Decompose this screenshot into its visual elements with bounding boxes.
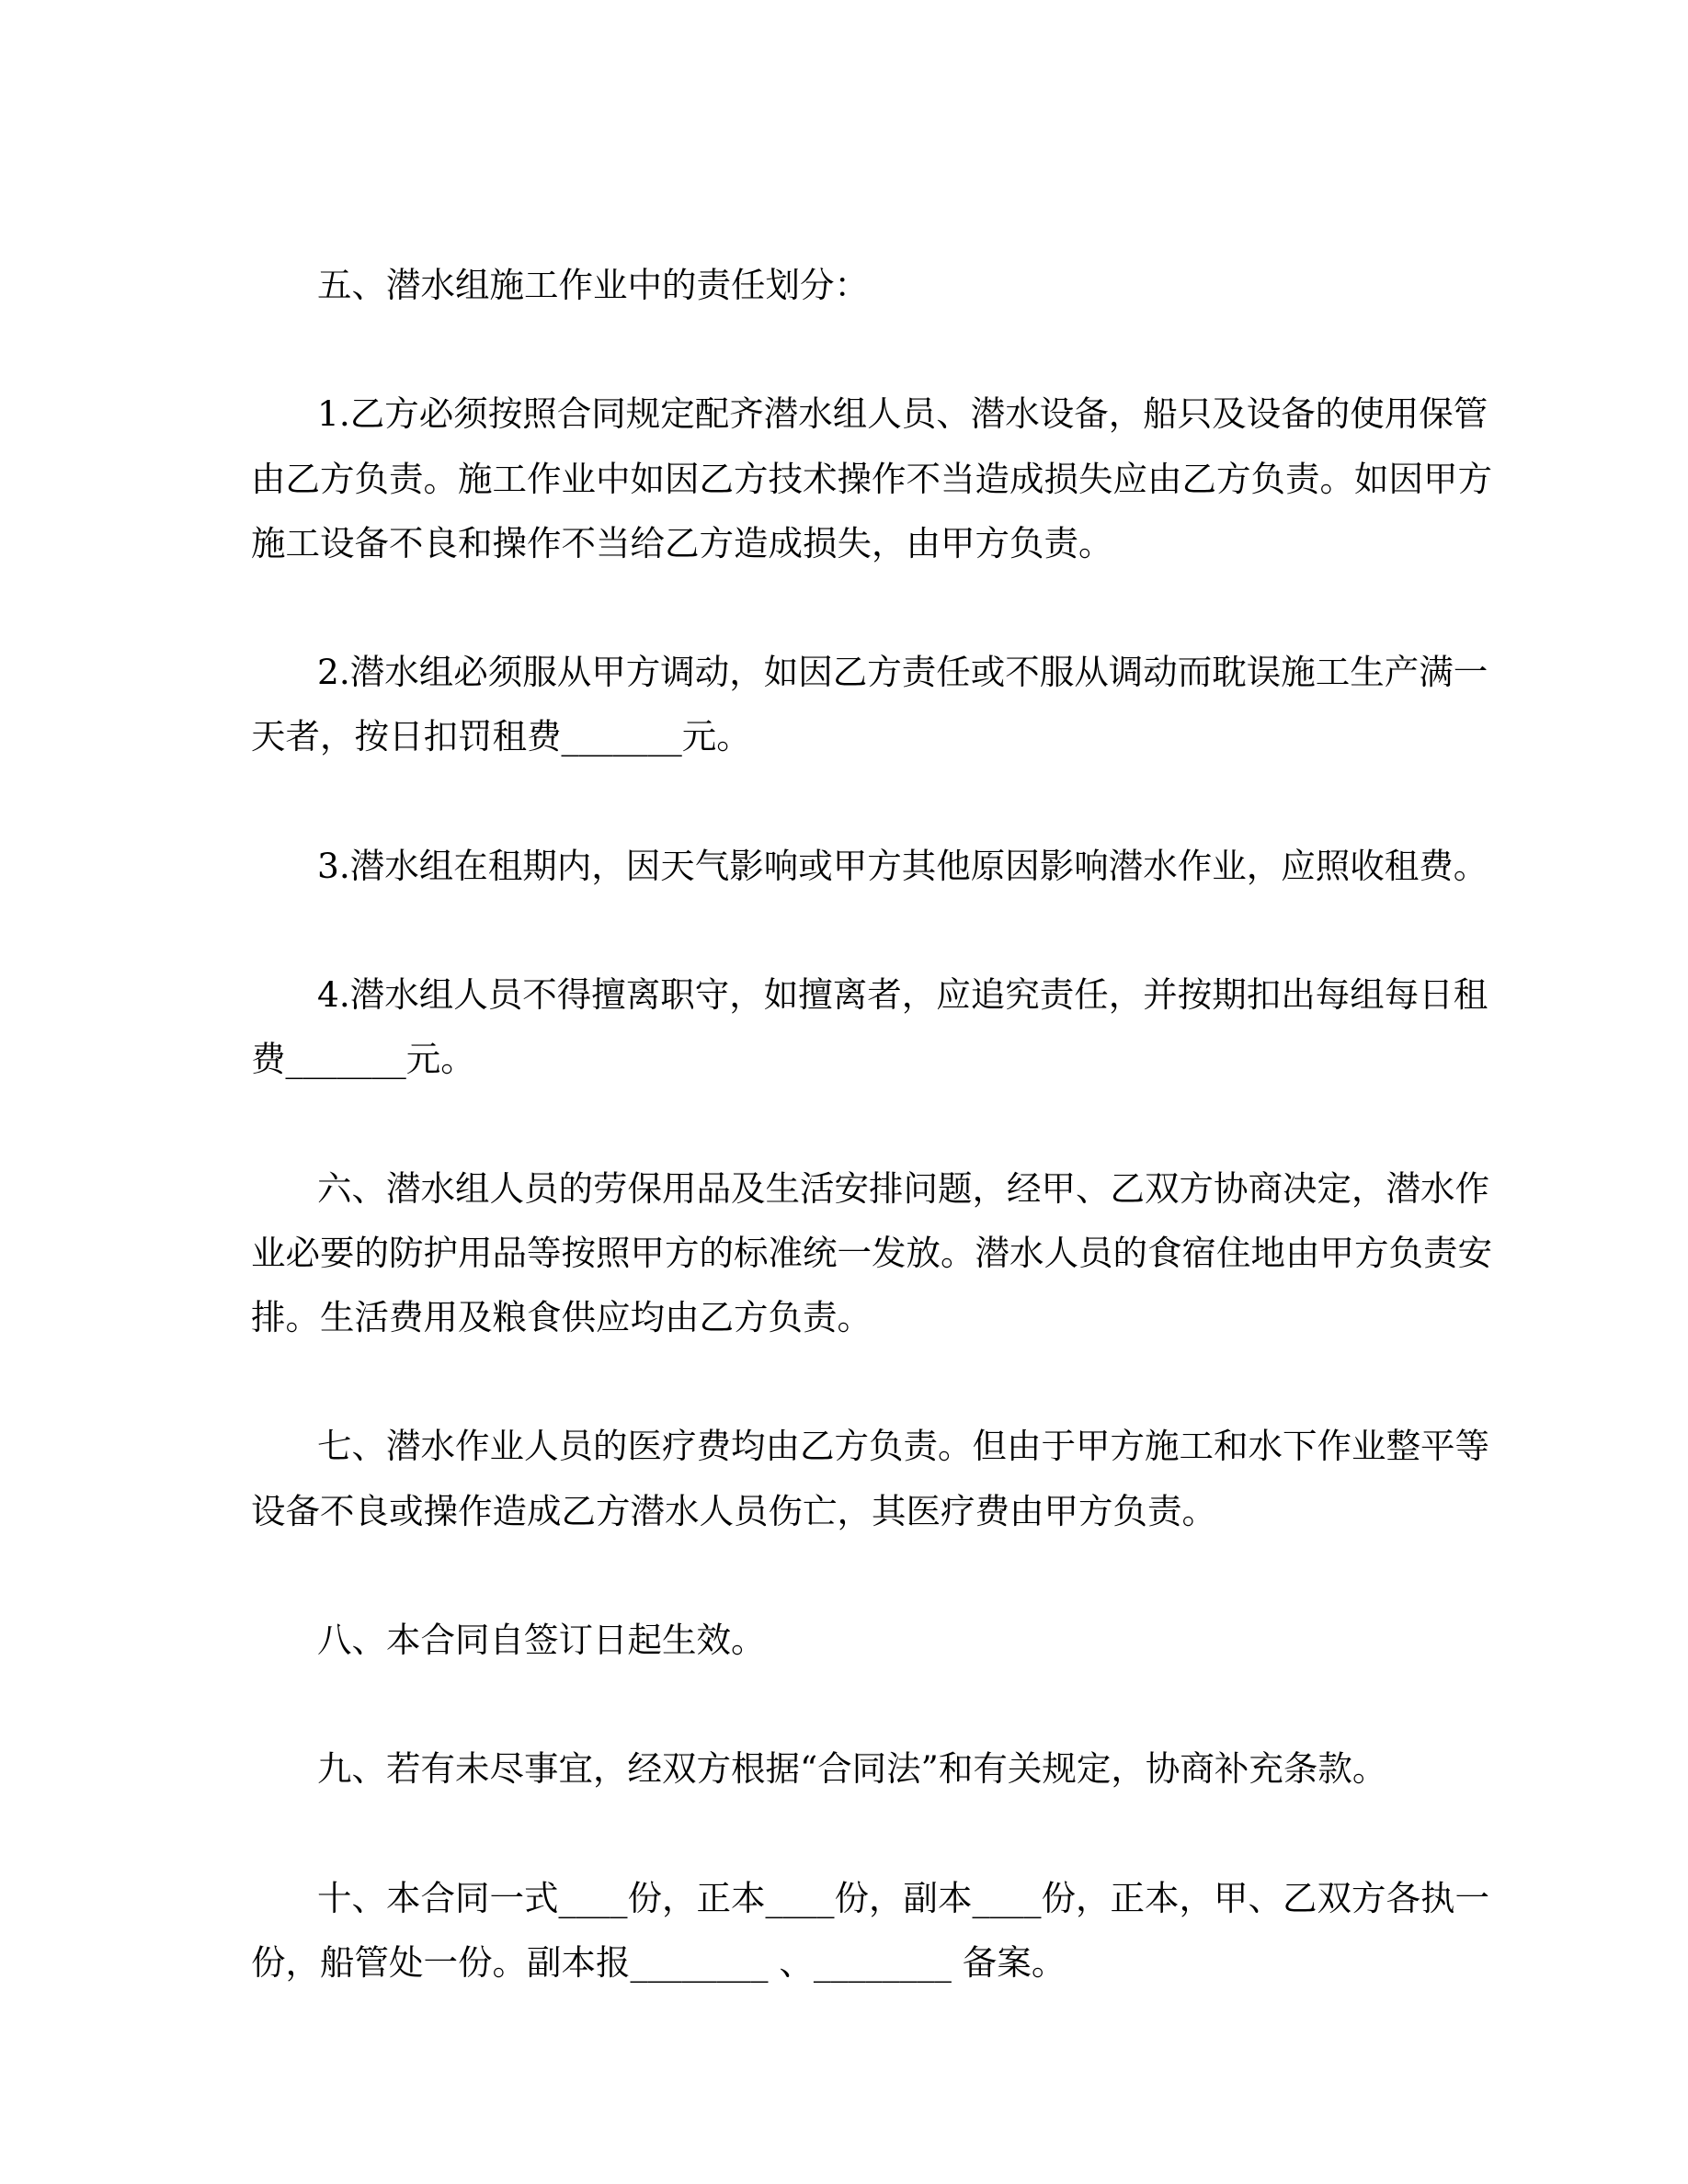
clause-6: 六、潜水组人员的劳保用品及生活安排问题，经甲、乙双方协商决定，潜水作 业必要的防… — [251, 1156, 1437, 1350]
clause-line: 施工设备不良和操作不当给乙方造成损失，由甲方负责。 — [251, 511, 1437, 575]
clause-7: 七、潜水作业人员的医疗费均由乙方负责。但由于甲方施工和水下作业整平等 设备不良或… — [251, 1414, 1437, 1542]
clause-line: 业必要的防护用品等按照甲方的标准统一发放。潜水人员的食宿住地由甲方负责安 — [251, 1221, 1437, 1285]
clause-line: 4.潜水组人员不得擅离职守，如擅离者，应追究责任，并按期扣出每组每日租 — [251, 962, 1437, 1027]
clause-10: 十、本合同一式____份，正本____份，副本____份，正本，甲、乙双方各执一… — [251, 1866, 1437, 1995]
clause-line-with-blanks: 十、本合同一式____份，正本____份，副本____份，正本，甲、乙双方各执一 — [251, 1866, 1437, 1930]
clause-line: 3.潜水组在租期内，因天气影响或甲方其他原因影响潜水作业，应照收租费。 — [251, 834, 1437, 898]
clause-line: 由乙方负责。施工作业中如因乙方技术操作不当造成损失应由乙方负责。如因甲方 — [251, 447, 1437, 511]
clause-line-with-blank: 费_______元。 — [251, 1027, 1437, 1091]
clause-line: 设备不良或操作造成乙方潜水人员伤亡，其医疗费由甲方负责。 — [251, 1479, 1437, 1543]
section-heading-text: 五、潜水组施工作业中的责任划分： — [251, 253, 1437, 317]
document-body: 五、潜水组施工作业中的责任划分： 1.乙方必须按照合同规定配齐潜水组人员、潜水设… — [251, 253, 1437, 2059]
clause-line-with-blank: 天者，按日扣罚租费_______元。 — [251, 704, 1437, 768]
clause-5-3: 3.潜水组在租期内，因天气影响或甲方其他原因影响潜水作业，应照收租费。 — [251, 834, 1437, 898]
clause-line: 1.乙方必须按照合同规定配齐潜水组人员、潜水设备，船只及设备的使用保管 — [251, 381, 1437, 446]
clause-line: 排。生活费用及粮食供应均由乙方负责。 — [251, 1285, 1437, 1349]
section-5-heading: 五、潜水组施工作业中的责任划分： — [251, 253, 1437, 317]
clause-line: 八、本合同自签订日起生效。 — [251, 1608, 1437, 1672]
clause-9: 九、若有未尽事宜，经双方根据“合同法”和有关规定，协商补充条款。 — [251, 1736, 1437, 1801]
clause-line: 2.潜水组必须服从甲方调动，如因乙方责任或不服从调动而耽误施工生产满一 — [251, 640, 1437, 704]
clause-8: 八、本合同自签订日起生效。 — [251, 1608, 1437, 1672]
clause-line: 六、潜水组人员的劳保用品及生活安排问题，经甲、乙双方协商决定，潜水作 — [251, 1156, 1437, 1221]
clause-5-4: 4.潜水组人员不得擅离职守，如擅离者，应追究责任，并按期扣出每组每日租 费___… — [251, 962, 1437, 1091]
clause-5-1: 1.乙方必须按照合同规定配齐潜水组人员、潜水设备，船只及设备的使用保管 由乙方负… — [251, 381, 1437, 575]
document-page: 五、潜水组施工作业中的责任划分： 1.乙方必须按照合同规定配齐潜水组人员、潜水设… — [0, 0, 1688, 2184]
clause-5-2: 2.潜水组必须服从甲方调动，如因乙方责任或不服从调动而耽误施工生产满一 天者，按… — [251, 640, 1437, 768]
clause-line-with-blanks: 份，船管处一份。副本报________ 、________ 备案。 — [251, 1930, 1437, 1995]
clause-line: 九、若有未尽事宜，经双方根据“合同法”和有关规定，协商补充条款。 — [251, 1736, 1437, 1801]
clause-line: 七、潜水作业人员的医疗费均由乙方负责。但由于甲方施工和水下作业整平等 — [251, 1414, 1437, 1478]
